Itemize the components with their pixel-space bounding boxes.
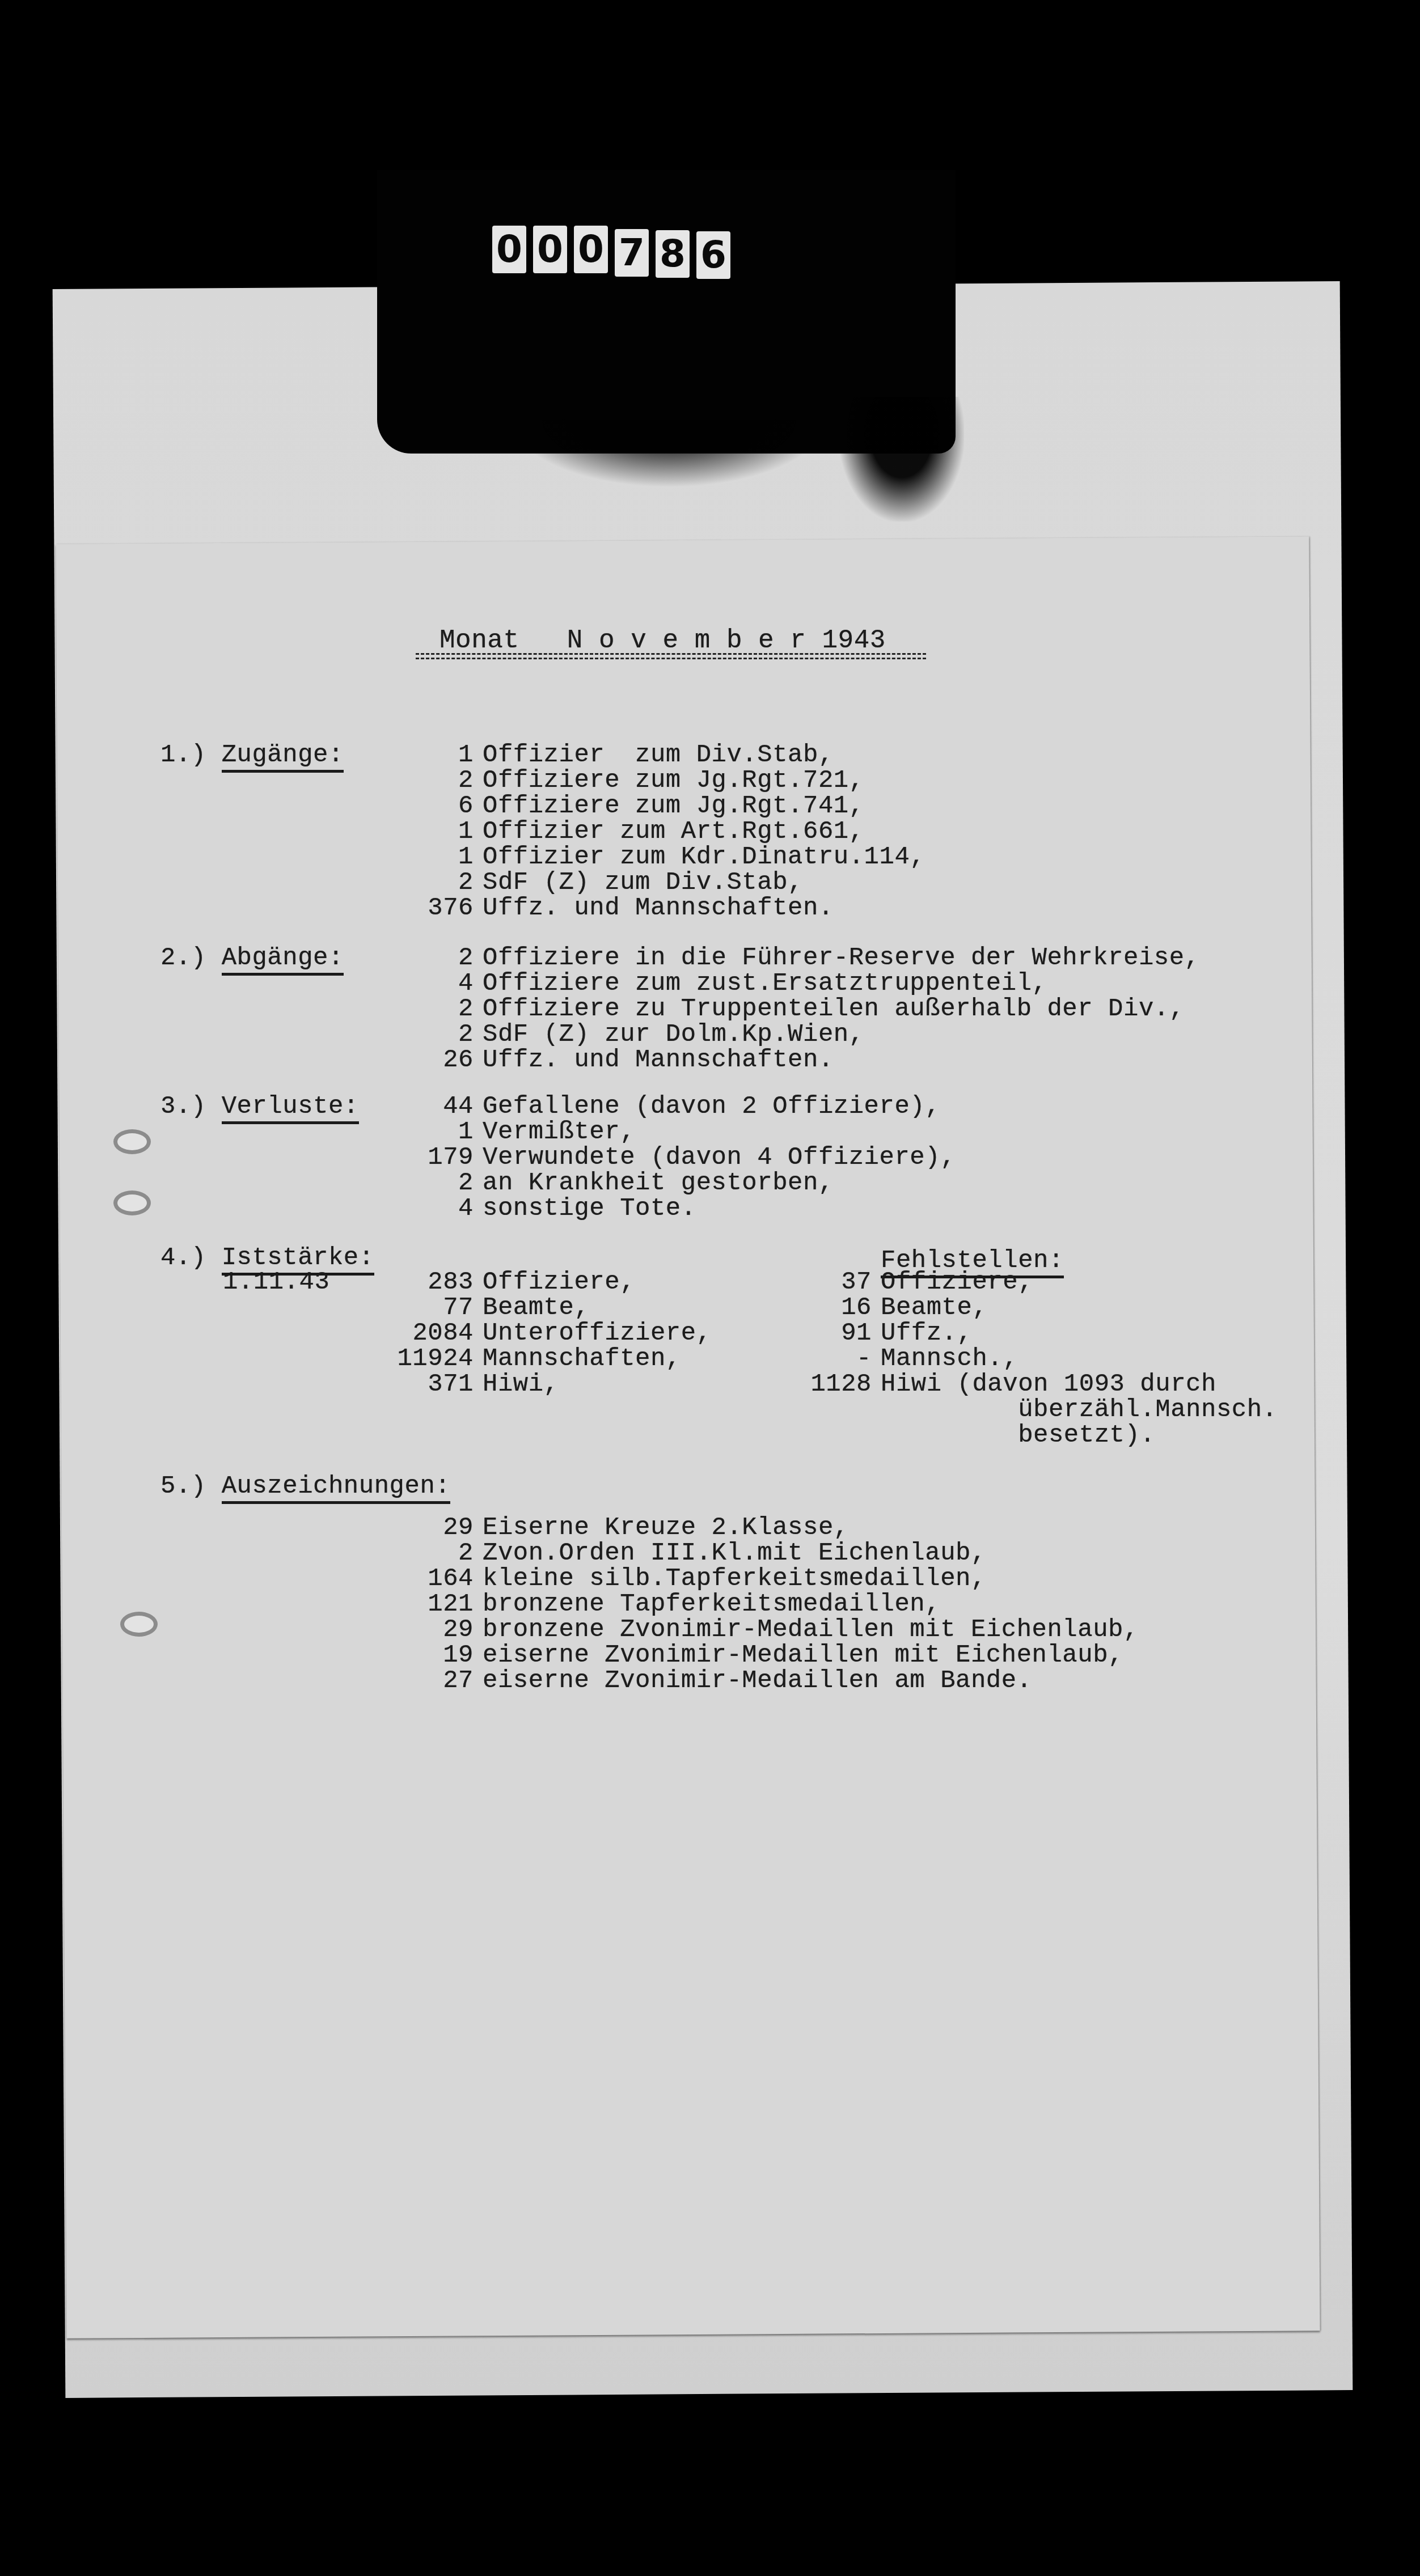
item-text: Mannsch.,	[872, 1346, 1018, 1372]
list-item: 2Zvon.Orden III.Kl.mit Eichenlaub,	[360, 1541, 1139, 1566]
list-item: 19eiserne Zvonimir-Medaillen mit Eichenl…	[360, 1643, 1139, 1668]
item-text: Unteroffiziere,	[474, 1321, 712, 1346]
section-heading: Abgänge:	[222, 944, 344, 976]
counter-shadow	[510, 420, 828, 488]
counter-digit: 6	[696, 231, 730, 279]
item-text: bronzene Tapferkeitsmedaillen,	[474, 1592, 940, 1617]
item-text: Offizier zum Kdr.Dinatru.114,	[474, 845, 925, 870]
list-item: besetzt).	[785, 1423, 1278, 1448]
list-item: 2Offiziere in die Führer-Reserve der Weh…	[360, 946, 1200, 971]
item-count: 2	[360, 768, 474, 794]
list-item: 1Offizier zum Div.Stab,	[360, 743, 925, 768]
item-text: eiserne Zvonimir-Medaillen am Bande.	[474, 1668, 1032, 1694]
item-text: Hiwi,	[474, 1372, 559, 1397]
section-number: 1.)	[160, 741, 222, 769]
counter-digit: 7	[615, 229, 649, 277]
list-item: 37Offiziere,	[785, 1270, 1278, 1295]
item-text: Offiziere,	[872, 1270, 1033, 1295]
item-count	[785, 1397, 872, 1423]
section-number: 5.)	[160, 1472, 222, 1501]
section-auszeichnungen: 5.) Auszeichnungen:	[160, 1474, 450, 1499]
list-item: -Mannsch.,	[785, 1346, 1278, 1372]
item-count: 121	[360, 1592, 474, 1617]
counter-digit: 0	[533, 226, 567, 273]
item-count: 2	[360, 1541, 474, 1566]
item-text: Offiziere zum Jg.Rgt.741,	[474, 794, 864, 819]
item-text: Gefallene (davon 2 Offiziere),	[474, 1094, 940, 1120]
item-text: kleine silb.Tapferkeitsmedaillen,	[474, 1566, 986, 1592]
item-count: 29	[360, 1617, 474, 1643]
item-count: 4	[360, 1196, 474, 1222]
section-number: 4.)	[160, 1244, 222, 1272]
item-count: 1	[360, 819, 474, 845]
item-text: SdF (Z) zum Div.Stab,	[474, 870, 803, 896]
item-text: Offiziere zum Jg.Rgt.721,	[474, 768, 864, 794]
list-item: überzähl.Mannsch.	[785, 1397, 1278, 1423]
section-zugaenge: 1.) Zugänge:	[160, 743, 344, 768]
section-items: 44Gefallene (davon 2 Offiziere),1Vermißt…	[360, 1094, 956, 1222]
section-heading: Zugänge:	[222, 741, 344, 773]
item-text: Offiziere zum zust.Ersatztruppenteil,	[474, 971, 1047, 997]
section-items: 1Offizier zum Div.Stab,2Offiziere zum Jg…	[360, 743, 925, 921]
item-count: 27	[360, 1668, 474, 1694]
item-count: 283	[337, 1270, 474, 1295]
list-item: 6Offiziere zum Jg.Rgt.741,	[360, 794, 925, 819]
item-count: 179	[360, 1145, 474, 1171]
item-text: besetzt).	[872, 1423, 1155, 1448]
list-item: 44Gefallene (davon 2 Offiziere),	[360, 1094, 956, 1120]
item-count: 26	[360, 1048, 474, 1073]
list-item: 4Offiziere zum zust.Ersatztruppenteil,	[360, 971, 1200, 997]
item-text: sonstige Tote.	[474, 1196, 696, 1222]
item-text: Offizier zum Art.Rgt.661,	[474, 819, 864, 845]
list-item: 11924Mannschaften,	[337, 1346, 712, 1372]
item-text: Uffz. und Mannschaften.	[474, 896, 834, 921]
item-text: Offiziere,	[474, 1270, 635, 1295]
punch-hole-icon	[120, 1612, 158, 1637]
page-title: Monat N o v e m b e r 1943	[439, 628, 886, 654]
title-double-rule	[416, 658, 926, 659]
stand-date: 1.11.43	[223, 1270, 329, 1295]
list-item: 4sonstige Tote.	[360, 1196, 956, 1222]
shortfall-items: 37Offiziere,16Beamte,91Uffz.,-Mannsch.,1…	[785, 1270, 1278, 1448]
item-count: 11924	[337, 1346, 474, 1372]
section-items: 2Offiziere in die Führer-Reserve der Weh…	[360, 946, 1200, 1073]
list-item: 2084Unteroffiziere,	[337, 1321, 712, 1346]
list-item: 2Offiziere zu Truppenteilen außerhalb de…	[360, 997, 1200, 1022]
punch-hole-icon	[113, 1190, 151, 1215]
section-verluste: 3.) Verluste:	[160, 1094, 359, 1120]
item-text: eiserne Zvonimir-Medaillen mit Eichenlau…	[474, 1643, 1123, 1668]
list-item: 1128Hiwi (davon 1093 durch	[785, 1372, 1278, 1397]
list-item: 29bronzene Zvonimir-Medaillen mit Eichen…	[360, 1617, 1139, 1643]
list-item: 179Verwundete (davon 4 Offiziere),	[360, 1145, 956, 1171]
item-count: 44	[360, 1094, 474, 1120]
list-item: 376Uffz. und Mannschaften.	[360, 896, 925, 921]
item-text: Zvon.Orden III.Kl.mit Eichenlaub,	[474, 1541, 986, 1566]
item-text: Offiziere in die Führer-Reserve der Wehr…	[474, 946, 1200, 971]
item-count: 1	[360, 845, 474, 870]
counter-shadow	[839, 397, 964, 522]
item-text: Beamte,	[474, 1295, 589, 1321]
list-item: 27eiserne Zvonimir-Medaillen am Bande.	[360, 1668, 1139, 1694]
item-text: Verwundete (davon 4 Offiziere),	[474, 1145, 956, 1171]
list-item: 2Offiziere zum Jg.Rgt.721,	[360, 768, 925, 794]
item-count: 2	[360, 870, 474, 896]
item-count: -	[785, 1346, 872, 1372]
item-text: Offizier zum Div.Stab,	[474, 743, 834, 768]
counter-digit: 8	[656, 230, 690, 278]
item-count: 376	[360, 896, 474, 921]
item-count: 77	[337, 1295, 474, 1321]
item-count: 2084	[337, 1321, 474, 1346]
item-count: 4	[360, 971, 474, 997]
item-text: Uffz. und Mannschaften.	[474, 1048, 834, 1073]
item-text: Vermißter,	[474, 1120, 635, 1145]
section-items: 29Eiserne Kreuze 2.Klasse,2Zvon.Orden II…	[360, 1515, 1139, 1694]
section-items: 283Offiziere,77Beamte,2084Unteroffiziere…	[337, 1270, 712, 1397]
frame-counter: 0 0 0 7 8 6	[492, 226, 730, 279]
list-item: 16Beamte,	[785, 1295, 1278, 1321]
list-item: 26Uffz. und Mannschaften.	[360, 1048, 1200, 1073]
counter-digit: 0	[492, 226, 526, 273]
item-count: 1	[360, 743, 474, 768]
item-count: 19	[360, 1643, 474, 1668]
item-text: Beamte,	[872, 1295, 987, 1321]
item-text: bronzene Zvonimir-Medaillen mit Eichenla…	[474, 1617, 1139, 1643]
item-count: 1128	[785, 1372, 872, 1397]
list-item: 1Offizier zum Kdr.Dinatru.114,	[360, 845, 925, 870]
item-count: 37	[785, 1270, 872, 1295]
item-text: überzähl.Mannsch.	[872, 1397, 1278, 1423]
item-count: 371	[337, 1372, 474, 1397]
list-item: 164kleine silb.Tapferkeitsmedaillen,	[360, 1566, 1139, 1592]
item-count	[785, 1423, 872, 1448]
item-count: 91	[785, 1321, 872, 1346]
section-number: 2.)	[160, 944, 222, 972]
item-count: 16	[785, 1295, 872, 1321]
list-item: 91Uffz.,	[785, 1321, 1278, 1346]
item-text: an Krankheit gestorben,	[474, 1171, 834, 1196]
item-count: 2	[360, 1022, 474, 1048]
list-item: 371Hiwi,	[337, 1372, 712, 1397]
section-iststaerke: 4.) Iststärke:	[160, 1245, 374, 1271]
list-item: 2an Krankheit gestorben,	[360, 1171, 956, 1196]
item-count: 6	[360, 794, 474, 819]
list-item: 1Offizier zum Art.Rgt.661,	[360, 819, 925, 845]
item-count: 2	[360, 946, 474, 971]
list-item: 29Eiserne Kreuze 2.Klasse,	[360, 1515, 1139, 1541]
list-item: 77Beamte,	[337, 1295, 712, 1321]
section-abgaenge: 2.) Abgänge:	[160, 946, 344, 971]
item-text: Eiserne Kreuze 2.Klasse,	[474, 1515, 849, 1541]
item-text: Uffz.,	[872, 1321, 972, 1346]
list-item: 121bronzene Tapferkeitsmedaillen,	[360, 1592, 1139, 1617]
item-count: 164	[360, 1566, 474, 1592]
item-count: 1	[360, 1120, 474, 1145]
list-item: 2SdF (Z) zum Div.Stab,	[360, 870, 925, 896]
punch-hole-icon	[113, 1129, 151, 1154]
section-number: 3.)	[160, 1092, 222, 1121]
item-text: Offiziere zu Truppenteilen außerhalb der…	[474, 997, 1185, 1022]
section-heading: Verluste:	[222, 1092, 359, 1124]
item-count: 2	[360, 1171, 474, 1196]
list-item: 1Vermißter,	[360, 1120, 956, 1145]
title-double-rule	[416, 653, 926, 655]
counter-digit: 0	[574, 226, 608, 273]
section-heading: Auszeichnungen:	[222, 1472, 451, 1504]
item-text: SdF (Z) zur Dolm.Kp.Wien,	[474, 1022, 864, 1048]
list-item: 2SdF (Z) zur Dolm.Kp.Wien,	[360, 1022, 1200, 1048]
item-count: 29	[360, 1515, 474, 1541]
item-text: Mannschaften,	[474, 1346, 681, 1372]
list-item: 283Offiziere,	[337, 1270, 712, 1295]
item-text: Hiwi (davon 1093 durch	[872, 1372, 1216, 1397]
item-count: 2	[360, 997, 474, 1022]
